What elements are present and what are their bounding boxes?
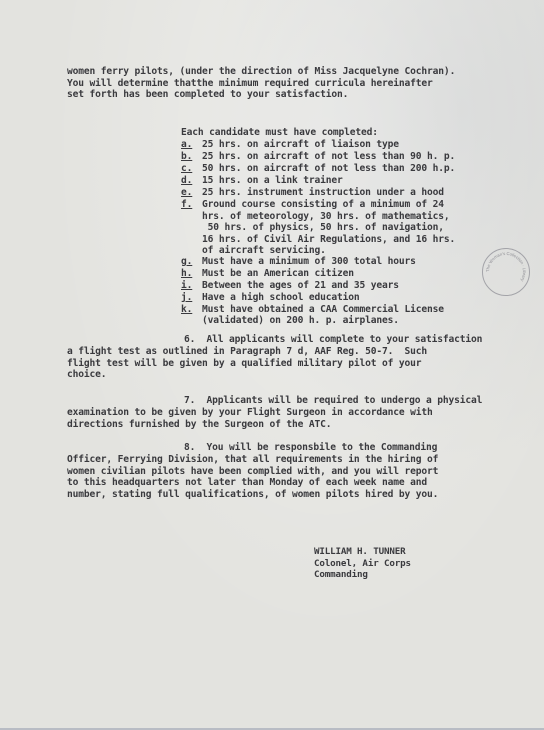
- signature-block: WILLIAM H. TUNNERColonel, Air CorpsComma…: [314, 546, 411, 581]
- signature-rank: Colonel, Air Corps: [314, 558, 411, 570]
- paragraph-number: 6.: [184, 334, 195, 345]
- paragraph-6-body: a flight test as outlined in Paragraph 7…: [67, 346, 427, 381]
- intro-line: set forth has been completed to your sat…: [67, 89, 455, 101]
- requirement-item: d.15 hrs. on a link trainer: [181, 175, 343, 187]
- paragraph-line: examination to be given by your Flight S…: [67, 407, 433, 419]
- requirement-text: Must be an American citizen: [202, 268, 354, 279]
- paragraph-number: 8.: [184, 442, 195, 453]
- paragraph-line: choice.: [67, 369, 427, 381]
- paragraph-number: 7.: [184, 395, 195, 406]
- paragraph-text: All applicants will complete to your sat…: [207, 334, 483, 345]
- paragraph-line: number, stating full qualifications, of …: [67, 489, 438, 501]
- signature-name: WILLIAM H. TUNNER: [314, 546, 411, 558]
- document-page: women ferry pilots, (under the direction…: [0, 0, 544, 730]
- requirement-letter: b.: [181, 151, 202, 163]
- requirement-text: Must have a minimum of 300 total hours: [202, 256, 416, 267]
- requirement-item: c.50 hrs. on aircraft of not less than 2…: [181, 163, 455, 175]
- requirement-text: (validated) on 200 h. p. airplanes.: [202, 315, 399, 327]
- intro-line: women ferry pilots, (under the direction…: [67, 66, 455, 78]
- requirement-text: Must have obtained a CAA Commercial Lice…: [202, 304, 444, 315]
- paragraph-line: directions furnished by the Surgeon of t…: [67, 419, 433, 431]
- intro-line: You will determine thatthe minimum requi…: [67, 78, 455, 90]
- paragraph-line: women civilian pilots have been complied…: [67, 466, 438, 478]
- paragraph-8-first-line: 8. You will be responsbile to the Comman…: [184, 442, 437, 454]
- requirement-text: 50 hrs. on aircraft of not less than 200…: [202, 163, 455, 174]
- requirement-item: k.Must have obtained a CAA Commercial Li…: [181, 304, 444, 316]
- requirement-item: h.Must be an American citizen: [181, 268, 354, 280]
- requirement-text: 50 hrs. of physics, 50 hrs. of navigatio…: [202, 222, 444, 234]
- requirement-item: i.Between the ages of 21 and 35 years: [181, 280, 399, 292]
- stamp-circle-icon: The Woman's Collection · Library: [483, 249, 529, 295]
- svg-text:The Woman's Collection · Libra: The Woman's Collection · Library: [485, 251, 527, 283]
- requirement-text: 16 hrs. of Civil Air Regulations, and 16…: [202, 234, 455, 246]
- paragraph-6-first-line: 6. All applicants will complete to your …: [184, 334, 482, 346]
- requirement-letter: i.: [181, 280, 202, 292]
- requirement-letter: a.: [181, 139, 202, 151]
- requirement-item: e.25 hrs. instrument instruction under a…: [181, 187, 444, 199]
- requirement-letter: c.: [181, 163, 202, 175]
- requirement-item: b.25 hrs. on aircraft of not less than 9…: [181, 151, 455, 163]
- requirement-item: f.Ground course consisting of a minimum …: [181, 199, 444, 211]
- paragraph-8-body: Officer, Ferrying Division, that all req…: [67, 454, 438, 500]
- library-stamp: The Woman's Collection · Library: [482, 248, 530, 296]
- requirement-text: 15 hrs. on a link trainer: [202, 175, 343, 186]
- requirement-letter: g.: [181, 256, 202, 268]
- paragraph-line: Officer, Ferrying Division, that all req…: [67, 454, 438, 466]
- paragraph-line: to this headquarters not later than Mond…: [67, 477, 438, 489]
- requirement-text: Ground course consisting of a minimum of…: [202, 199, 444, 210]
- paragraph-line: flight test will be given by a qualified…: [67, 358, 427, 370]
- paragraph-7-first-line: 7. Applicants will be required to underg…: [184, 395, 482, 407]
- requirement-text: 25 hrs. on aircraft of not less than 90 …: [202, 151, 455, 162]
- requirement-letter: j.: [181, 292, 202, 304]
- list-heading: Each candidate must have completed:: [181, 127, 378, 139]
- paragraph-text: Applicants will be required to undergo a…: [207, 395, 483, 406]
- requirement-text: hrs. of meteorology, 30 hrs. of mathemat…: [202, 211, 450, 223]
- requirement-letter: k.: [181, 304, 202, 316]
- intro-paragraph: women ferry pilots, (under the direction…: [67, 66, 455, 101]
- requirement-item: g.Must have a minimum of 300 total hours: [181, 256, 416, 268]
- requirement-item: a.25 hrs. on aircraft of liaison type: [181, 139, 399, 151]
- requirement-text: Between the ages of 21 and 35 years: [202, 280, 399, 291]
- paragraph-line: a flight test as outlined in Paragraph 7…: [67, 346, 427, 358]
- requirement-item: j.Have a high school education: [181, 292, 360, 304]
- requirement-text: Have a high school education: [202, 292, 360, 303]
- signature-title: Commanding: [314, 569, 411, 581]
- requirement-letter: e.: [181, 187, 202, 199]
- requirement-text: of aircraft servicing.: [202, 245, 326, 257]
- paragraph-7-body: examination to be given by your Flight S…: [67, 407, 433, 430]
- requirement-letter: d.: [181, 175, 202, 187]
- stamp-text: The Woman's Collection · Library: [485, 251, 527, 283]
- requirement-letter: h.: [181, 268, 202, 280]
- requirement-text: 25 hrs. instrument instruction under a h…: [202, 187, 444, 198]
- paragraph-text: You will be responsbile to the Commandin…: [207, 442, 438, 453]
- requirement-text: 25 hrs. on aircraft of liaison type: [202, 139, 399, 150]
- requirement-letter: f.: [181, 199, 202, 211]
